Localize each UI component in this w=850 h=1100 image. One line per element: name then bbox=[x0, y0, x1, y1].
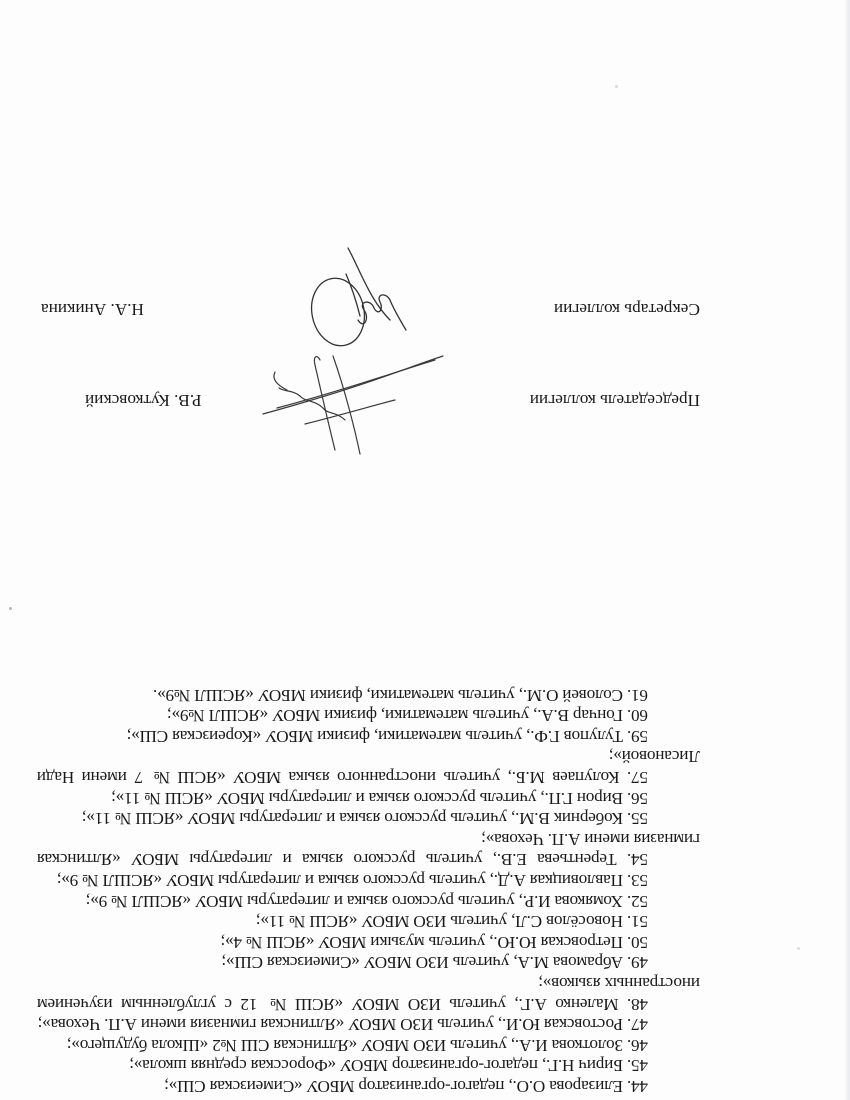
list-item: 57. Колупаев М.Б., учитель иностранного … bbox=[37, 746, 700, 787]
list-item: 55. Коберник В.М., учитель русского язык… bbox=[37, 808, 700, 829]
list-item-text: Соловей О.М., учитель математики, физики… bbox=[153, 686, 623, 705]
list-item: 48. Маленко А.Г., учитель ИЗО МБОУ «ЯСШ … bbox=[37, 972, 700, 1013]
list-item-text: Гончар В.А., учитель математики, физики … bbox=[167, 706, 623, 725]
list-item: 52. Хомякова И.Р., учитель русского язык… bbox=[37, 890, 700, 911]
list-item: 45. Бирич Н.Г., педагог-организатор МБОУ… bbox=[37, 1055, 700, 1076]
list-item: 46. Золоткова И.А., учитель ИЗО МБОУ «Ял… bbox=[37, 1034, 700, 1055]
list-item-text: Петровская Ю.Ю., учитель музыки МБОУ «ЯС… bbox=[221, 933, 623, 952]
list-item-number: 61. bbox=[627, 686, 648, 705]
list-item-number: 45. bbox=[627, 1056, 648, 1075]
list-item-text: Елизарова О.О., педагог-организатор МБОУ… bbox=[164, 1077, 623, 1096]
list-item: 44. Елизарова О.О., педагог-организатор … bbox=[37, 1075, 700, 1096]
list-item-number: 44. bbox=[627, 1077, 648, 1096]
list-item-text: Вирон Г.П., учитель русского языка и лит… bbox=[111, 789, 623, 808]
list-item: 51. Новосёлов С.Л, учитель ИЗО МБОУ «ЯСШ… bbox=[37, 911, 700, 932]
list-item-text: Золоткова И.А., учитель ИЗО МБОУ «Ялтинс… bbox=[67, 1036, 623, 1055]
list-item-text: Бирич Н.Г., педагог-организатор МБОУ «Фо… bbox=[129, 1056, 623, 1075]
list-item-text: Колупаев М.Б., учитель иностранного язык… bbox=[37, 748, 700, 788]
list-item-text: Ростовская Ю.И., учитель ИЗО МБОУ «Ялтин… bbox=[38, 1015, 623, 1034]
list-item-number: 56. bbox=[627, 789, 648, 808]
scanned-document-page: 44. Елизарова О.О., педагог-организатор … bbox=[0, 0, 850, 1100]
list-item-text: Терентьева Е.В., учитель русского языка … bbox=[37, 830, 700, 870]
list-item: 47. Ростовская Ю.И., учитель ИЗО МБОУ «Я… bbox=[37, 1014, 700, 1035]
list-item-number: 54. bbox=[627, 850, 648, 869]
list-item: 61. Соловей О.М., учитель математики, фи… bbox=[37, 684, 700, 705]
list-item: 60. Гончар В.А., учитель математики, физ… bbox=[37, 705, 700, 726]
list-item-text: Коберник В.М., учитель русского языка и … bbox=[82, 809, 623, 828]
secretary-name: Н.А. Аникина bbox=[41, 299, 144, 319]
list-item: 54. Терентьева Е.В., учитель русского яз… bbox=[37, 828, 700, 869]
list-item-number: 49. bbox=[627, 953, 648, 972]
list-item-number: 46. bbox=[627, 1036, 648, 1055]
list-item-number: 52. bbox=[627, 892, 648, 911]
scan-speck bbox=[615, 85, 618, 88]
secretary-signature bbox=[300, 240, 430, 360]
list-item-text: Маленко А.Г., учитель ИЗО МБОУ «ЯСШ № 12… bbox=[37, 974, 700, 1014]
list-item-number: 60. bbox=[627, 706, 648, 725]
secretary-role: Секретарь коллегии bbox=[554, 299, 700, 319]
scan-speck bbox=[797, 947, 800, 950]
list-item-text: Абрамова М.А, учитель ИЗО МБОУ «Симеизск… bbox=[222, 953, 623, 972]
list-item-number: 57. bbox=[627, 768, 648, 787]
list-item-number: 51. bbox=[627, 912, 648, 931]
participants-list: 44. Елизарова О.О., педагог-организатор … bbox=[37, 684, 700, 1096]
list-item: 49. Абрамова М.А, учитель ИЗО МБОУ «Симе… bbox=[37, 952, 700, 973]
scan-edge-shadow bbox=[844, 0, 850, 1100]
scan-speck bbox=[9, 607, 12, 610]
chairman-name: Р.В. Кутковский bbox=[85, 390, 202, 410]
list-item-number: 50. bbox=[627, 933, 648, 952]
list-item: 56. Вирон Г.П., учитель русского языка и… bbox=[37, 787, 700, 808]
chairman-role: Председатель коллегии bbox=[530, 390, 700, 410]
list-item: 50. Петровская Ю.Ю., учитель музыки МБОУ… bbox=[37, 931, 700, 952]
list-item-text: Хомякова И.Р., учитель русского языка и … bbox=[86, 892, 623, 911]
list-item-number: 55. bbox=[627, 809, 648, 828]
list-item-number: 48. bbox=[627, 995, 648, 1014]
list-item-text: Павловицкая А.Д., учитель русского языка… bbox=[57, 871, 623, 890]
chairman-signature bbox=[255, 350, 455, 460]
list-item: 53. Павловицкая А.Д., учитель русского я… bbox=[37, 869, 700, 890]
list-item: 59. Тулупов Г.Ф., учитель математики, фи… bbox=[37, 725, 700, 746]
list-item-number: 53. bbox=[627, 871, 648, 890]
list-item-number: 47. bbox=[627, 1015, 648, 1034]
list-item-number: 59. bbox=[627, 727, 648, 746]
list-item-text: Новосёлов С.Л, учитель ИЗО МБОУ «ЯСШ № 1… bbox=[256, 912, 623, 931]
list-item-text: Тулупов Г.Ф., учитель математики, физики… bbox=[127, 727, 623, 746]
